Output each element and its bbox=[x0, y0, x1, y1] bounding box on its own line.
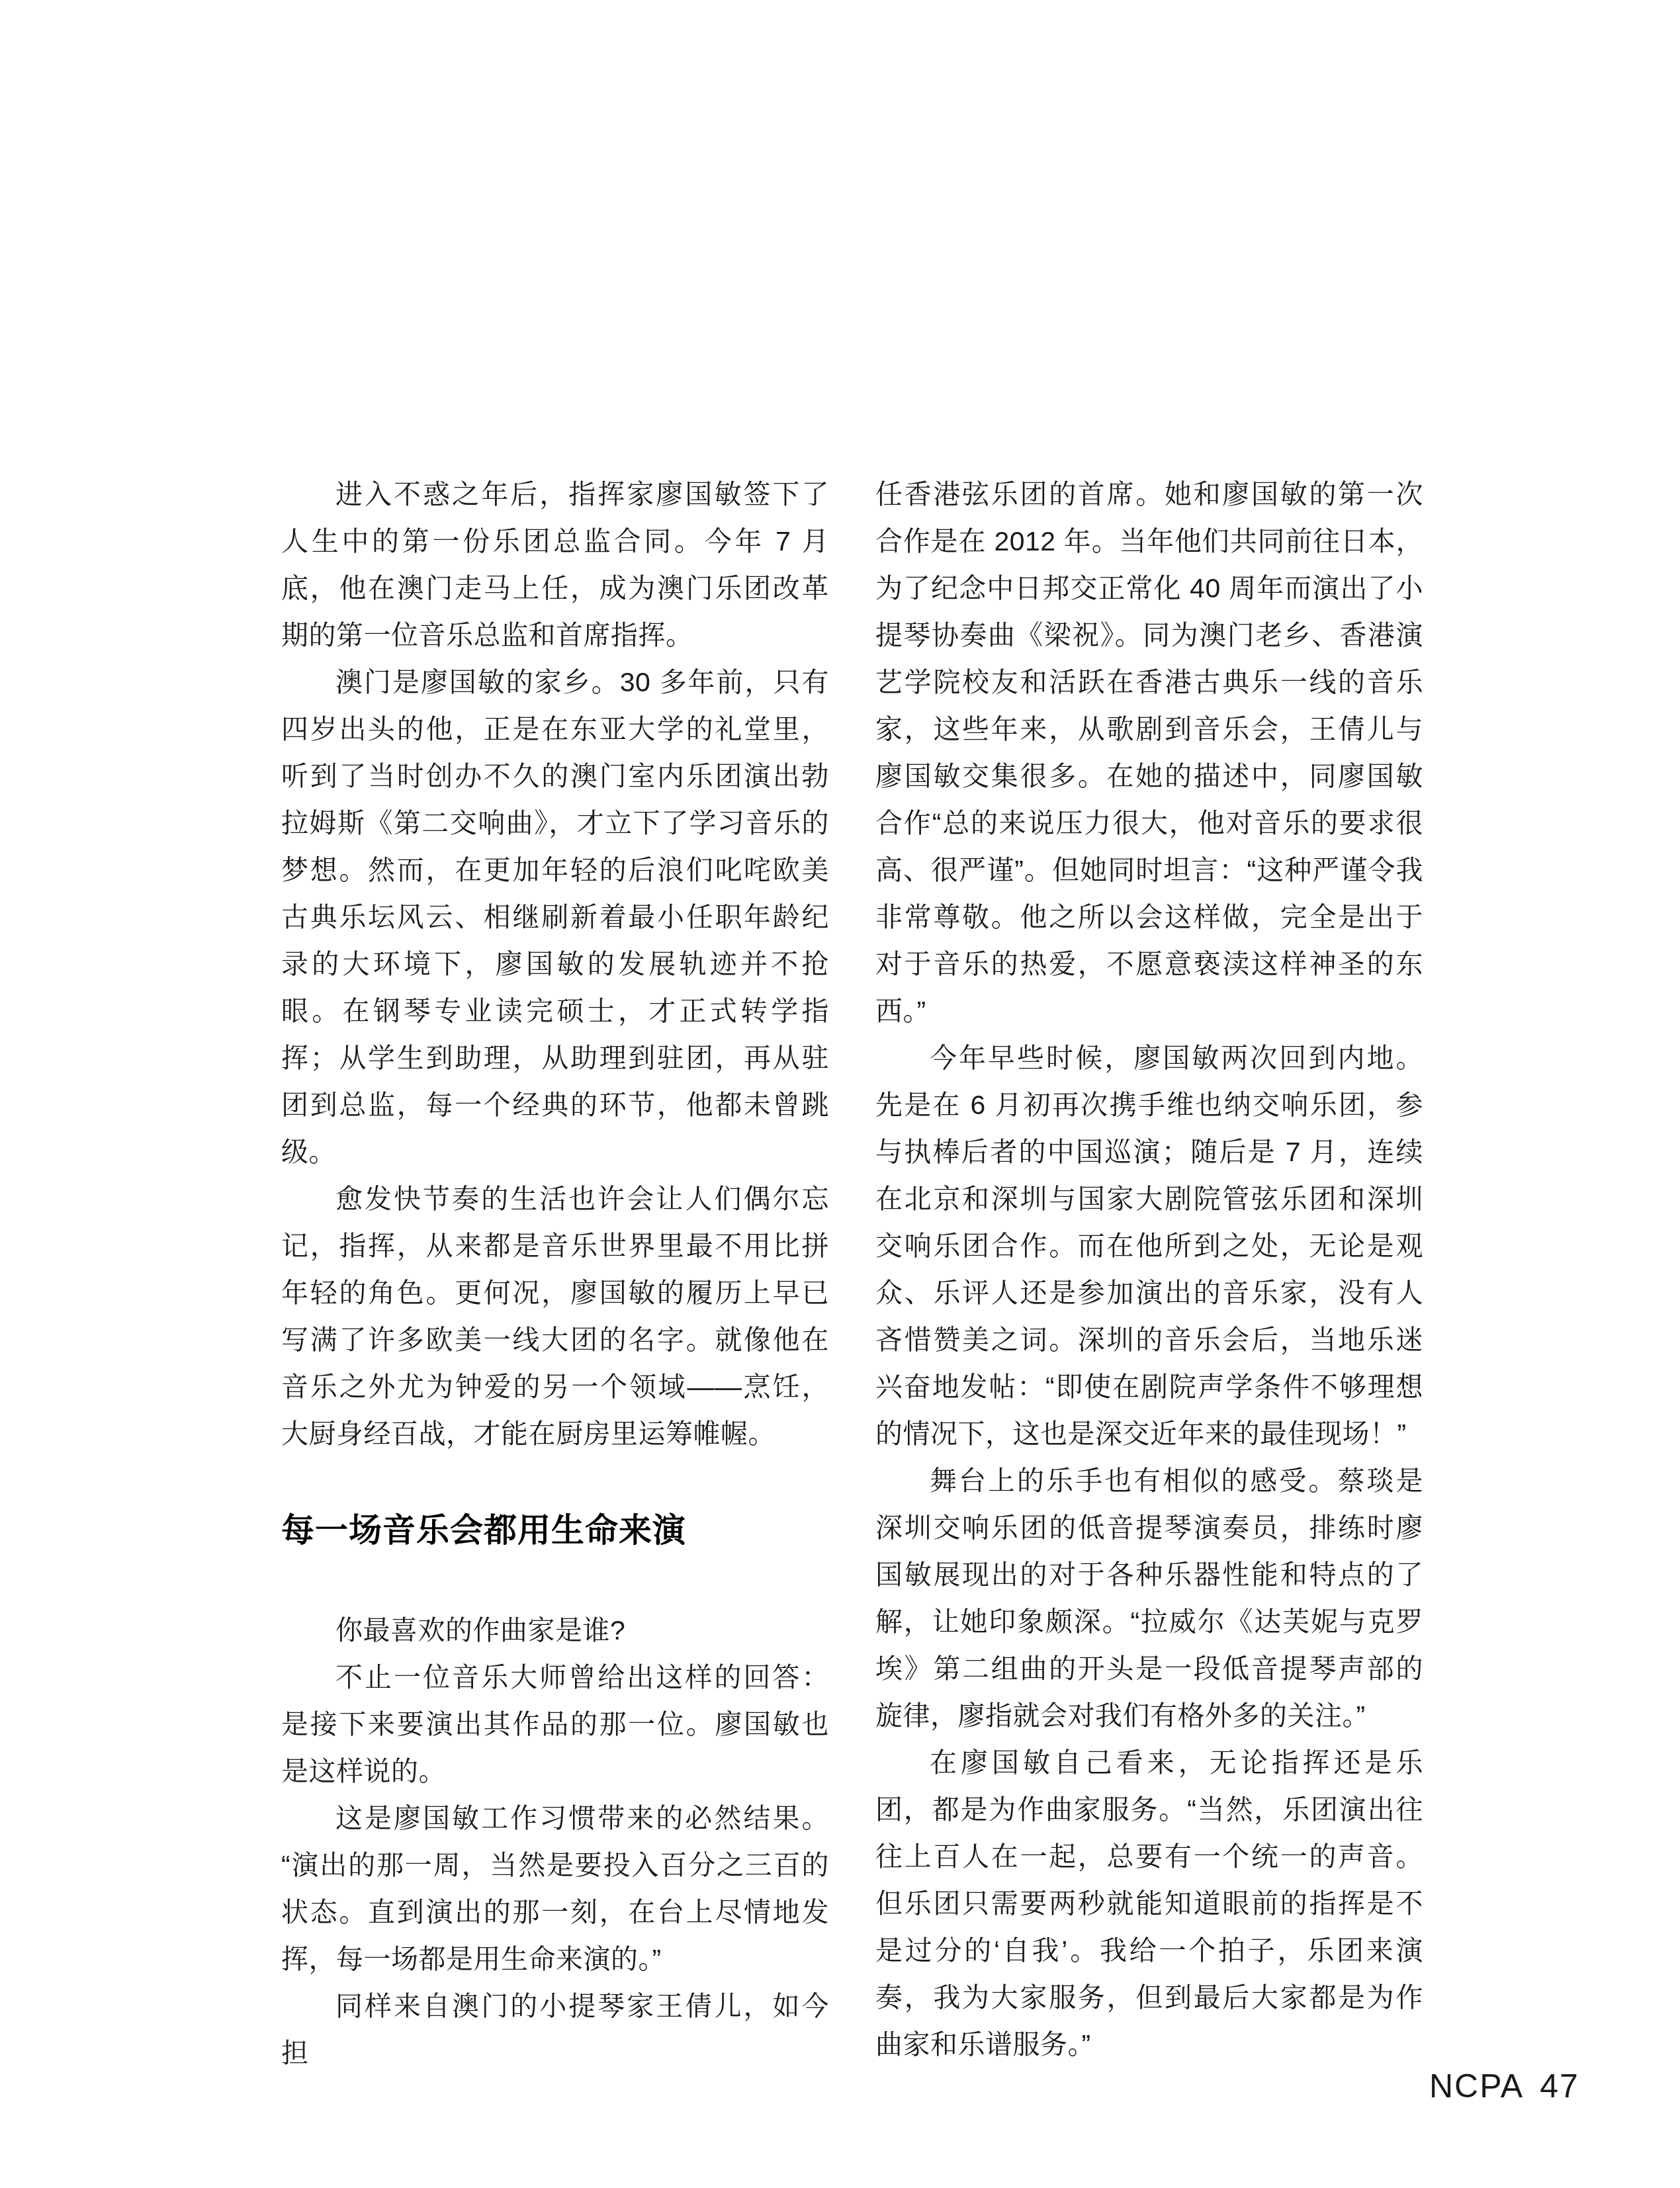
right-column: 任香港弦乐团的首席。她和廖国敏的第一次合作是在 2012 年。当年他们共同前往日… bbox=[875, 471, 1423, 2068]
paragraph: 澳门是廖国敏的家乡。30 多年前，只有四岁出头的他，正是在东亚大学的礼堂里，听到… bbox=[281, 659, 829, 1176]
magazine-page: 进入不惑之年后，指挥家廖国敏签下了人生中的第一份乐团总监合同。今年 7 月底，他… bbox=[0, 0, 1680, 2188]
footer-brand: NCPA bbox=[1429, 2068, 1524, 2105]
paragraph: 愈发快节奏的生活也许会让人们偶尔忘记，指挥，从来都是音乐世界里最不用比拼年轻的角… bbox=[281, 1176, 829, 1458]
paragraph: 你最喜欢的作曲家是谁? bbox=[281, 1607, 829, 1654]
paragraph: 这是廖国敏工作习惯带来的必然结果。“演出的那一周，当然是要投入百分之三百的状态。… bbox=[281, 1795, 829, 1983]
paragraph: 进入不惑之年后，指挥家廖国敏签下了人生中的第一份乐团总监合同。今年 7 月底，他… bbox=[281, 471, 829, 659]
paragraph: 今年早些时候，廖国敏两次回到内地。先是在 6 月初再次携手维也纳交响乐团，参与执… bbox=[875, 1035, 1423, 1458]
left-column: 进入不惑之年后，指挥家廖国敏签下了人生中的第一份乐团总监合同。今年 7 月底，他… bbox=[281, 471, 829, 2077]
section-heading: 每一场音乐会都用生命来演 bbox=[281, 1507, 829, 1554]
paragraph: 在廖国敏自己看来，无论指挥还是乐团，都是为作曲家服务。“当然，乐团演出往往上百人… bbox=[875, 1739, 1423, 2068]
paragraph-continuation: 任香港弦乐团的首席。她和廖国敏的第一次合作是在 2012 年。当年他们共同前往日… bbox=[875, 471, 1423, 1035]
paragraph: 不止一位音乐大师曾给出这样的回答：是接下来要演出其作品的那一位。廖国敏也是这样说… bbox=[281, 1654, 829, 1795]
footer-page-number: 47 bbox=[1540, 2068, 1579, 2105]
page-footer: NCPA47 bbox=[1429, 2070, 1579, 2103]
paragraph: 同样来自澳门的小提琴家王倩儿，如今担 bbox=[281, 1983, 829, 2077]
paragraph: 舞台上的乐手也有相似的感受。蔡琰是深圳交响乐团的低音提琴演奏员，排练时廖国敏展现… bbox=[875, 1458, 1423, 1739]
